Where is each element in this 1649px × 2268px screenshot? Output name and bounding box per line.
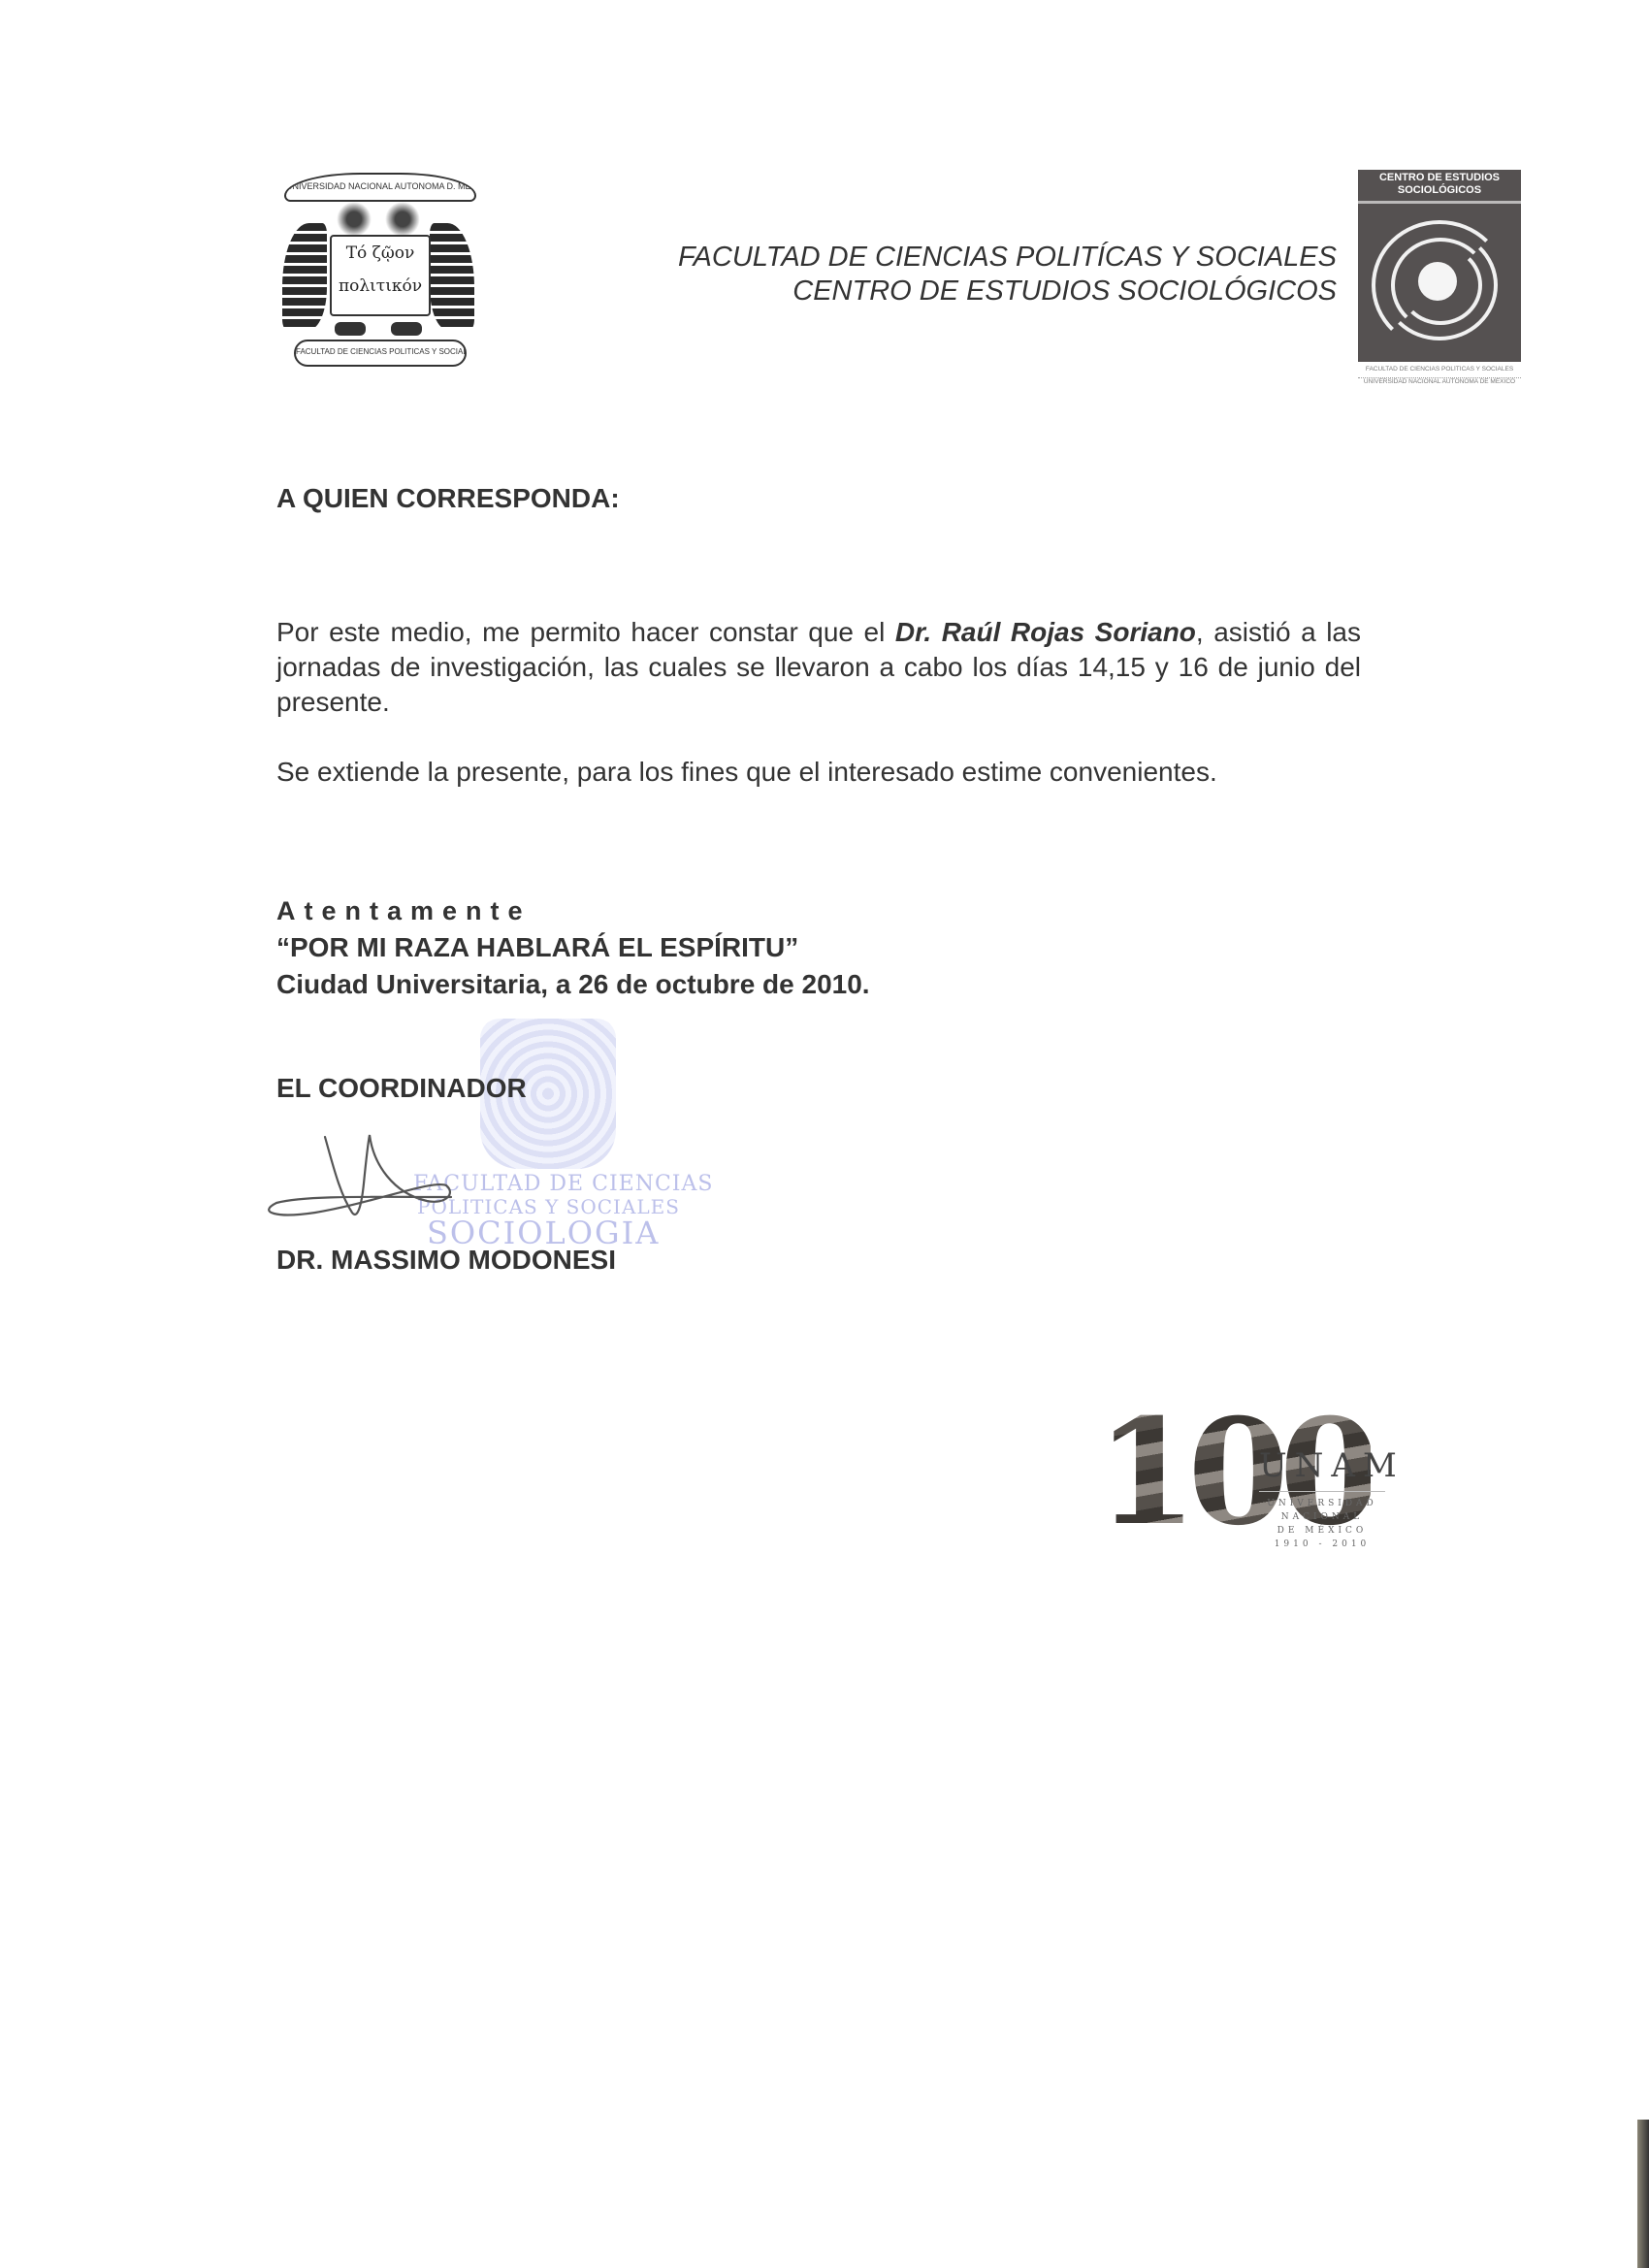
ces-logo-separator — [1358, 201, 1521, 204]
centenary-line2: NACIONAL — [1259, 1512, 1385, 1522]
unam-centenary-logo-icon: 100 UNAM UNIVERSIDAD NACIONAL DE MÉXICO … — [1086, 1421, 1397, 1567]
ces-logo-title: CENTRO DE ESTUDIOS SOCIOLÓGICOS — [1358, 172, 1521, 197]
ces-logo-footer-line2: UNIVERSIDAD NACIONAL AUTÓNOMA DE MÉXICO — [1358, 377, 1521, 385]
eagle-wing-icon — [282, 223, 327, 330]
crest-motto-line2: πολιτικόν — [332, 270, 429, 303]
p1-text-before: Por este medio, me permito hacer constar… — [276, 617, 895, 647]
eagle-talons-icon — [335, 322, 366, 336]
centenary-line1: UNIVERSIDAD — [1259, 1499, 1385, 1508]
handwritten-signature-icon — [257, 1125, 509, 1232]
crest-banner-top: UNIVERSIDAD NACIONAL AUTONOMA D. MEXICO — [284, 173, 476, 202]
body-paragraph-2: Se extiende la presente, para los fines … — [276, 757, 1217, 788]
scan-edge-artifact — [1637, 2120, 1649, 2268]
crest-banner-bottom: FACULTAD DE CIENCIAS POLITICAS Y SOCIALE… — [294, 340, 467, 367]
ces-logo-footer-line1: FACULTAD DE CIENCIAS POLÍTICAS Y SOCIALE… — [1358, 366, 1521, 373]
condor-head-icon — [337, 202, 372, 237]
ces-logo-box: CENTRO DE ESTUDIOS SOCIOLÓGICOS — [1358, 170, 1521, 362]
ring-core-icon — [1418, 262, 1457, 301]
greeting: A QUIEN CORRESPONDA: — [276, 483, 620, 514]
centenary-line3: DE MÉXICO — [1259, 1526, 1385, 1536]
centenary-unam: UNAM — [1259, 1446, 1405, 1485]
body-paragraph-1: Por este medio, me permito hacer constar… — [276, 615, 1361, 720]
unam-crest-icon: UNIVERSIDAD NACIONAL AUTONOMA D. MEXICO … — [276, 165, 480, 373]
centenary-rule — [1259, 1491, 1385, 1492]
faculty-title: FACULTAD DE CIENCIAS POLITÍCAS Y SOCIALE… — [582, 241, 1337, 275]
closing-block: Atentamente “POR MI RAZA HABLARÁ EL ESPÍ… — [276, 892, 870, 1003]
condor-talons-icon — [391, 322, 422, 336]
ces-concentric-logo-icon: CENTRO DE ESTUDIOS SOCIOLÓGICOS FACULTAD… — [1358, 170, 1521, 393]
ces-logo-title-line2: SOCIOLÓGICOS — [1358, 184, 1521, 197]
letterhead-titles: FACULTAD DE CIENCIAS POLITÍCAS Y SOCIALE… — [582, 241, 1337, 308]
university-motto: “POR MI RAZA HABLARÁ EL ESPÍRITU” — [276, 929, 870, 966]
crest-shield: Τό ζῷον πολιτικόν — [330, 235, 431, 316]
attendee-name: Dr. Raúl Rojas Soriano — [895, 617, 1196, 647]
crest-motto-line1: Τό ζῷον — [332, 237, 429, 270]
signer-name: DR. MASSIMO MODONESI — [276, 1245, 616, 1276]
place-and-date: Ciudad Universitaria, a 26 de octubre de… — [276, 966, 870, 1003]
signer-role: EL COORDINADOR — [276, 1073, 527, 1104]
closing-salutation: Atentamente — [276, 892, 870, 929]
ces-logo-title-line1: CENTRO DE ESTUDIOS — [1358, 172, 1521, 184]
condor-wing-icon — [430, 223, 474, 330]
center-title: CENTRO DE ESTUDIOS SOCIOLÓGICOS — [582, 275, 1337, 308]
centenary-years: 1910 - 2010 — [1259, 1539, 1385, 1549]
eagle-head-icon — [385, 202, 420, 237]
